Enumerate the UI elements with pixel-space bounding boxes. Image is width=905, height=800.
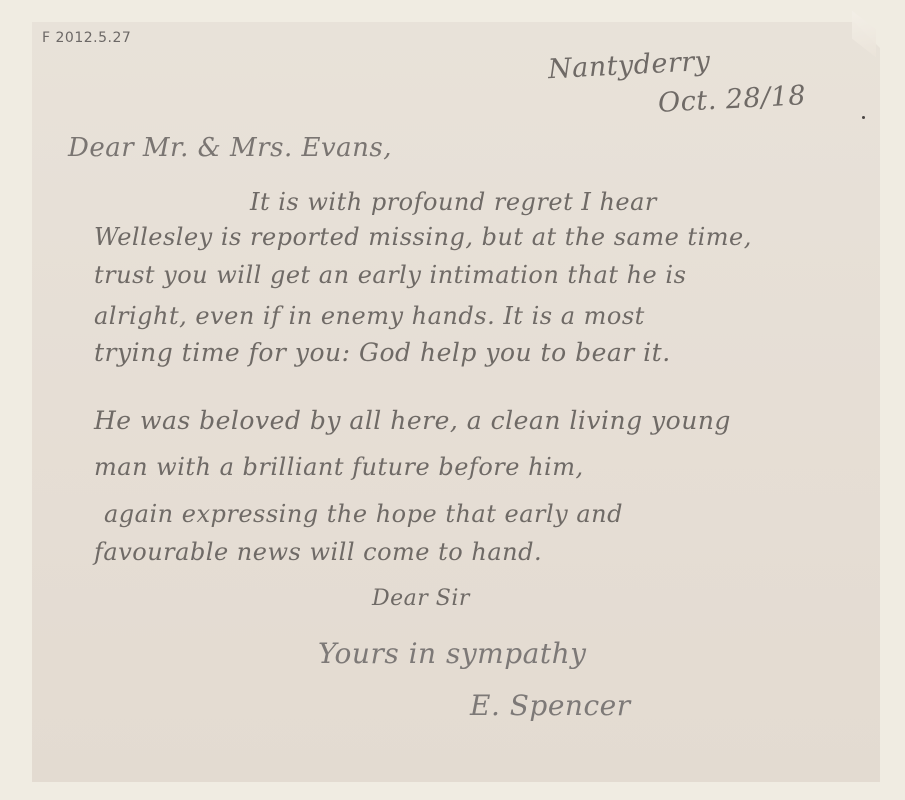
letter-place: Nantyderry <box>547 48 711 83</box>
body-line: man with a brilliant future before him, <box>94 455 584 479</box>
ink-speck <box>862 116 865 119</box>
body-line: He was beloved by all here, a clean livi… <box>94 408 731 433</box>
body-line: trust you will get an early intimation t… <box>94 263 686 287</box>
letter-date: Oct. 28/18 <box>657 82 806 117</box>
body-line: trying time for you: God help you to bea… <box>94 340 671 365</box>
body-line: favourable news will come to hand. <box>94 540 542 564</box>
closing-phrase: Yours in sympathy <box>318 640 586 668</box>
catalog-number: F 2012.5.27 <box>42 30 131 46</box>
body-line: alright, even if in enemy hands. It is a… <box>94 304 645 328</box>
signature: E. Spencer <box>470 692 631 720</box>
salutation: Dear Mr. & Mrs. Evans, <box>68 135 392 161</box>
closing-greeting: Dear Sir <box>372 588 470 610</box>
body-line: Wellesley is reported missing, but at th… <box>94 225 752 249</box>
body-line: It is with profound regret I hear <box>250 190 657 214</box>
body-line: again expressing the hope that early and <box>104 502 623 526</box>
